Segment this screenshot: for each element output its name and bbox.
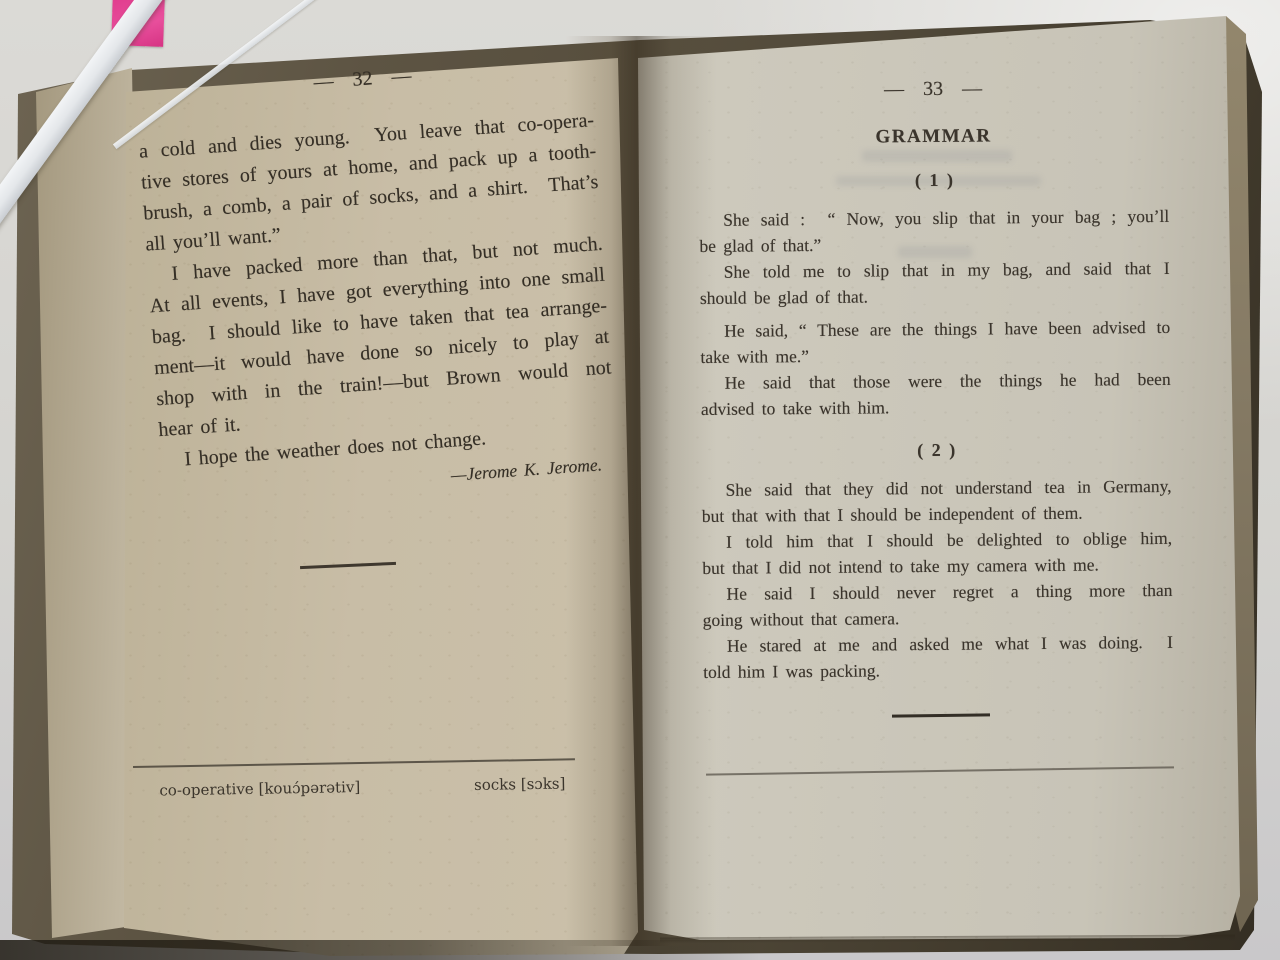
text-line: told him I was packing.	[703, 655, 1173, 685]
footnote-phonetic: [kouɔ́pərətiv]	[258, 778, 360, 798]
text-line: take with me.”	[700, 340, 1170, 370]
exercise-label-1: ( 1 )	[699, 165, 1169, 195]
right-page-number: — 33 —	[698, 74, 1168, 104]
footnote-term: socks	[474, 775, 516, 794]
text-line: advised to take with him.	[701, 392, 1171, 422]
footnote-entry: socks [sɔks]	[474, 774, 576, 794]
text-line: She told me to slip that in my bag, and …	[700, 255, 1170, 285]
text-line: She said that they did not understand te…	[701, 473, 1171, 503]
exercise-label-2: ( 2 )	[701, 435, 1171, 465]
text-line: but that with that I should be independe…	[702, 499, 1172, 529]
text-line: He said I should never regret a thing mo…	[702, 577, 1172, 607]
text-line: He stared at me and asked me what I was …	[703, 629, 1173, 659]
section-title: GRAMMAR	[698, 122, 1168, 152]
footnote-phonetic: [sɔks]	[521, 774, 566, 793]
footnote-term: co-operative	[159, 779, 254, 799]
text-line: going without that camera.	[703, 603, 1173, 633]
exercise-1-body: She said : “ Now, you slip that in your …	[699, 203, 1171, 422]
text-line: but that I did not intend to take my cam…	[702, 551, 1172, 581]
left-page-body: a cold and dies young. You leave that co…	[138, 105, 619, 511]
text-line: She said : “ Now, you slip that in your …	[699, 203, 1169, 233]
text-line: I told him that I should be delighted to…	[702, 525, 1172, 555]
left-page-text: — 32 — a cold and dies young. You leave …	[134, 48, 619, 511]
book-photo: — 32 — a cold and dies young. You leave …	[0, 0, 1280, 960]
text-line: He said that those were the things he ha…	[701, 366, 1171, 396]
book-bottom-shadow	[0, 940, 760, 960]
text-line: He said, “ These are the things I have b…	[700, 314, 1170, 344]
right-page-text: — 33 — GRAMMAR ( 1 ) She said : “ Now, y…	[698, 74, 1173, 685]
exercise-2-body: She said that they did not understand te…	[701, 473, 1173, 685]
text-line: should be glad of that.	[700, 281, 1170, 311]
text-line: be glad of that.”	[699, 229, 1169, 259]
